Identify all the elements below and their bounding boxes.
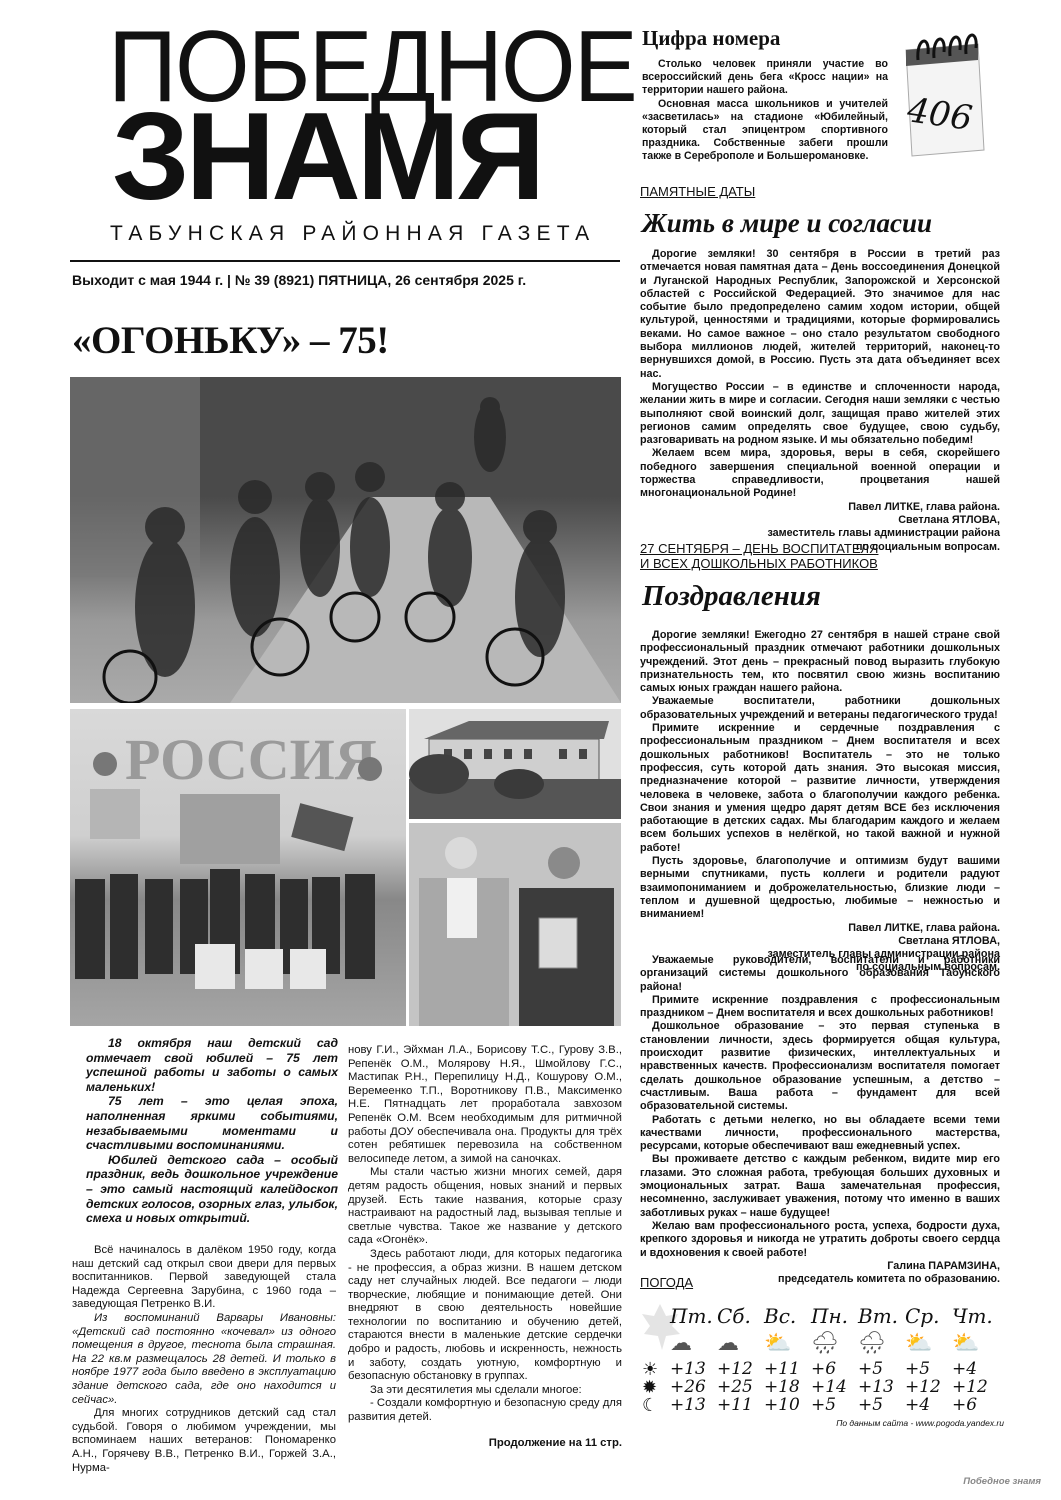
article1-title: Жить в мире и согласии bbox=[642, 208, 932, 239]
article2-paragraph: Пусть здоровье, благополучие и оптимизм … bbox=[640, 855, 1000, 921]
temp-night: +5 bbox=[858, 1396, 905, 1414]
article2-signature: Светлана ЯТЛОВА, bbox=[640, 935, 1000, 948]
photo-award-illustration bbox=[409, 823, 621, 1026]
article1-paragraph: Могущество России – в единстве и сплочен… bbox=[640, 381, 1000, 447]
temp-morning: +12 bbox=[717, 1360, 764, 1378]
footer-brand: Победное знамя bbox=[963, 1476, 1041, 1487]
weather-day: Вт. bbox=[858, 1304, 905, 1328]
temp-morning: +6 bbox=[811, 1360, 858, 1378]
rubric-line: 27 СЕНТЯБРЯ – ДЕНЬ ВОСПИТАТЕЛЯ bbox=[640, 541, 878, 556]
weather-source: По данным сайта - www.pogoda.yandex.ru bbox=[836, 1418, 1004, 1428]
article3-paragraph: Вы проживаете детство с каждым ребенком,… bbox=[640, 1153, 1000, 1219]
masthead-divider bbox=[70, 260, 620, 262]
lead-body-column-2: нову Г.И., Эйхман Л.А., Борисову Т.С., Г… bbox=[348, 1044, 622, 1450]
article3-paragraph: Уважаемые руководители, воспитатели и ра… bbox=[640, 954, 1000, 994]
temp-morning: +4 bbox=[952, 1360, 999, 1378]
temp-night: +10 bbox=[764, 1396, 811, 1414]
article3-paragraph: Дошкольное образование – это первая ступ… bbox=[640, 1020, 1000, 1113]
weather-widget: Пт. Сб. Вс. Пн. Вт. Ср. Чт. ☁ ☁ ⛅ 🌧 🌧 ⛅ … bbox=[640, 1300, 1010, 1430]
weather-day: Пт. bbox=[670, 1304, 717, 1328]
weather-day: Вс. bbox=[764, 1304, 811, 1328]
lead-paragraph: Всё начиналось в далёком 1950 году, когд… bbox=[72, 1244, 336, 1312]
article1-signature: Павел ЛИТКЕ, глава района. bbox=[640, 501, 1000, 514]
weather-conditions-row: ☁ ☁ ⛅ 🌧 🌧 ⛅ ⛅ bbox=[670, 1330, 999, 1356]
weather-day: Пн. bbox=[811, 1304, 858, 1328]
photo-building-illustration bbox=[409, 709, 621, 819]
fact-box-paragraph: Основная масса школьников и учителей «за… bbox=[642, 98, 888, 164]
fact-box-title: Цифра номера bbox=[642, 26, 780, 51]
weather-morning-row: +13 +12 +11 +6 +5 +5 +4 bbox=[670, 1360, 999, 1378]
weather-day: Ср. bbox=[905, 1304, 952, 1328]
continued-link[interactable]: Продолжение на 11 стр. bbox=[348, 1437, 622, 1451]
temp-night: +6 bbox=[952, 1396, 999, 1414]
rubric-line: И ВСЕХ ДОШКОЛЬНЫХ РАБОТНИКОВ bbox=[640, 556, 878, 571]
photo-kids-bikes-illustration bbox=[70, 377, 621, 703]
temp-day: +13 bbox=[858, 1378, 905, 1396]
article2-body: Дорогие земляки! Ежегодно 27 сентября в … bbox=[640, 629, 1000, 975]
rain-cloud-icon: 🌧 bbox=[811, 1330, 858, 1356]
article1-signature: Светлана ЯТЛОВА, bbox=[640, 514, 1000, 527]
lead-paragraph: Для многих сотрудников детский сад стал … bbox=[72, 1407, 336, 1475]
temp-night: +5 bbox=[811, 1396, 858, 1414]
weather-night-row: +13 +11 +10 +5 +5 +4 +6 bbox=[670, 1396, 999, 1414]
article1-signature: заместитель главы администрации района bbox=[640, 527, 1000, 540]
photo-award bbox=[409, 823, 621, 1026]
lead-headline: «ОГОНЬКУ» – 75! bbox=[72, 318, 389, 363]
lead-paragraph: нову Г.И., Эйхман Л.А., Борисову Т.С., Г… bbox=[348, 1044, 622, 1166]
photo-building bbox=[409, 709, 621, 819]
lead-body-column-1: Всё начиналось в далёком 1950 году, когд… bbox=[72, 1244, 336, 1475]
temp-day: +25 bbox=[717, 1378, 764, 1396]
temp-day: +12 bbox=[952, 1378, 999, 1396]
article3-signature: председатель комитета по образованию. bbox=[640, 1273, 1000, 1286]
rubric-teachers-day: 27 СЕНТЯБРЯ – ДЕНЬ ВОСПИТАТЕЛЯ И ВСЕХ ДО… bbox=[640, 541, 878, 571]
svg-text:РОССИЯ: РОССИЯ bbox=[125, 727, 377, 792]
article3-paragraph: Примите искренние поздравления с професс… bbox=[640, 994, 1000, 1021]
moon-icon: ☾ bbox=[642, 1396, 658, 1415]
cloud-icon: ☁ bbox=[717, 1330, 764, 1356]
lead-intro-paragraph: 18 октября наш детский сад отмечает свой… bbox=[86, 1036, 338, 1094]
rain-cloud-icon: 🌧 bbox=[858, 1330, 905, 1356]
article3-paragraph: Работать с детьми нелегко, но вы обладае… bbox=[640, 1114, 1000, 1154]
article2-signature: Павел ЛИТКЕ, глава района. bbox=[640, 922, 1000, 935]
lead-intro-paragraph: Юбилей детского сада – особый праздник, … bbox=[86, 1153, 338, 1226]
masthead-title-bottom: ЗНАМЯ bbox=[112, 102, 541, 212]
temp-morning: +13 bbox=[670, 1360, 717, 1378]
temp-night: +4 bbox=[905, 1396, 952, 1414]
article2-paragraph: Дорогие земляки! Ежегодно 27 сентября в … bbox=[640, 629, 1000, 695]
article1-paragraph: Желаем всем мира, здоровья, веры в себя,… bbox=[640, 447, 1000, 500]
photo-kids-bikes bbox=[70, 377, 621, 703]
article1-body: Дорогие земляки! 30 сентября в России в … bbox=[640, 248, 1000, 554]
article3-paragraph: Желаю вам профессионального роста, успех… bbox=[640, 1220, 1000, 1260]
cloud-icon: ☁ bbox=[670, 1330, 717, 1356]
fact-box-body: Столько человек приняли участие во всеро… bbox=[642, 58, 888, 164]
masthead-subtitle: ТАБУНСКАЯ РАЙОННАЯ ГАЗЕТА bbox=[110, 222, 595, 246]
temp-night: +11 bbox=[717, 1396, 764, 1414]
article3-body: Уважаемые руководители, воспитатели и ра… bbox=[640, 954, 1000, 1286]
temp-day: +18 bbox=[764, 1378, 811, 1396]
issue-info: Выходит с мая 1944 г. | № 39 (8921) ПЯТН… bbox=[72, 272, 526, 288]
temp-day: +26 bbox=[670, 1378, 717, 1396]
photo-costumes-illustration: РОССИЯ bbox=[70, 709, 406, 1026]
article1-paragraph: Дорогие земляки! 30 сентября в России в … bbox=[640, 248, 1000, 381]
weather-day: Сб. bbox=[717, 1304, 764, 1328]
partly-cloudy-icon: ⛅ bbox=[952, 1330, 999, 1356]
rubric-memorable-dates: ПАМЯТНЫЕ ДАТЫ bbox=[640, 184, 755, 199]
calendar-icon: 406 bbox=[898, 30, 988, 162]
partly-cloudy-icon: ⛅ bbox=[764, 1330, 811, 1356]
rubric-weather: ПОГОДА bbox=[640, 1275, 693, 1290]
temp-day: +14 bbox=[811, 1378, 858, 1396]
temp-morning: +5 bbox=[905, 1360, 952, 1378]
lead-paragraph: Здесь работают люди, для которых педагог… bbox=[348, 1248, 622, 1384]
photo-costumes: РОССИЯ bbox=[70, 709, 406, 1026]
lead-intro-paragraph: 75 лет – это целая эпоха, наполненная яр… bbox=[86, 1094, 338, 1152]
lead-intro: 18 октября наш детский сад отмечает свой… bbox=[86, 1036, 338, 1226]
weather-days-row: Пт. Сб. Вс. Пн. Вт. Ср. Чт. bbox=[670, 1304, 999, 1328]
temp-day: +12 bbox=[905, 1378, 952, 1396]
weather-day-row: +26 +25 +18 +14 +13 +12 +12 bbox=[670, 1378, 999, 1396]
temp-night: +13 bbox=[670, 1396, 717, 1414]
lead-paragraph: Мы стали частью жизни многих семей, даря… bbox=[348, 1166, 622, 1248]
article2-paragraph: Примите искренние и сердечные поздравлен… bbox=[640, 722, 1000, 855]
lead-paragraph: - Создали комфортную и безопасную среду … bbox=[348, 1397, 622, 1424]
article3-signature: Галина ПАРАМЗИНА, bbox=[640, 1260, 1000, 1273]
article2-title: Поздравления bbox=[642, 580, 821, 613]
partly-cloudy-icon: ⛅ bbox=[905, 1330, 952, 1356]
weather-day: Чт. bbox=[952, 1304, 999, 1328]
fact-box-paragraph: Столько человек приняли участие во всеро… bbox=[642, 58, 888, 98]
lead-paragraph: За эти десятилетия мы сделали многое: bbox=[348, 1384, 622, 1398]
lead-paragraph: Из воспоминаний Варвары Ивановны: «Детск… bbox=[72, 1312, 336, 1407]
temp-morning: +11 bbox=[764, 1360, 811, 1378]
temp-morning: +5 bbox=[858, 1360, 905, 1378]
article2-paragraph: Уважаемые воспитатели, работники дошколь… bbox=[640, 695, 1000, 722]
